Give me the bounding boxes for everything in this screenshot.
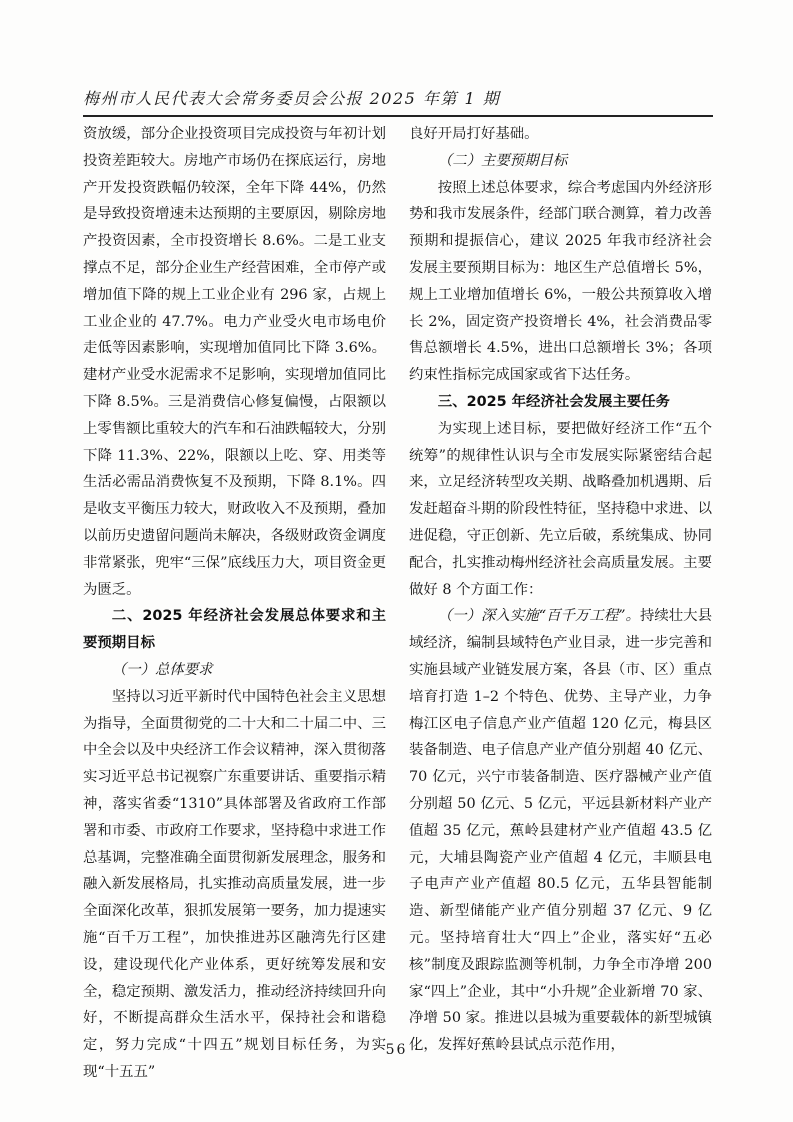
paragraph-task-1: （一）深入实施“百千万工程”。持续壮大县域经济，编制县域特色产业目录，进一步完善… bbox=[409, 603, 712, 1059]
paragraph-tasks-intro: 为实现上述目标，要把做好经济工作“五个统筹”的规律性认识与全市发展实际紧密结合起… bbox=[409, 416, 712, 604]
right-column: 良好开局打好基础。 （二）主要预期目标 按照上述总体要求，综合考虑国内外经济形势… bbox=[409, 121, 712, 1086]
section-heading-main-tasks: 三、2025 年经济社会发展主要任务 bbox=[409, 389, 712, 416]
page-footer: · 56 · bbox=[0, 1042, 793, 1058]
subsection-heading-overall-requirements: （一）总体要求 bbox=[83, 657, 386, 684]
left-column: 资放缓，部分企业投资项目完成投资与年初计划投资差距较大。房地产市场仍在探底运行，… bbox=[83, 121, 386, 1086]
document-page: 梅州市人民代表大会常务委员会公报 2025 年第 1 期 资放缓，部分企业投资项… bbox=[0, 0, 793, 1122]
section-heading-overall-requirements: 二、2025 年经济社会发展总体要求和主要预期目标 bbox=[83, 603, 386, 657]
subsection-heading-main-targets: （二）主要预期目标 bbox=[409, 148, 712, 175]
bulletin-title: 梅州市人民代表大会常务委员会公报 2025 年第 1 期 bbox=[83, 86, 713, 115]
paragraph-targets: 按照上述总体要求，综合考虑国内外经济形势和我市发展条件，经部门联合测算，着力改善… bbox=[409, 175, 712, 389]
paragraph-continuation: 良好开局打好基础。 bbox=[409, 121, 712, 148]
header-divider bbox=[83, 115, 713, 117]
task-1-body: 持续壮大县域经济，编制县域特色产业目录，进一步完善和实施县域产业链发展方案，各县… bbox=[409, 608, 712, 1053]
two-column-body: 资放缓，部分企业投资项目完成投资与年初计划投资差距较大。房地产市场仍在探底运行，… bbox=[83, 121, 713, 1086]
task-1-lead: （一）深入实施“百千万工程”。 bbox=[438, 608, 640, 624]
paragraph-overall-requirements: 坚持以习近平新时代中国特色社会主义思想为指导，全面贯彻党的二十大和二十届二中、三… bbox=[83, 684, 386, 1086]
page-header: 梅州市人民代表大会常务委员会公报 2025 年第 1 期 bbox=[83, 86, 713, 117]
paragraph-continuation: 资放缓，部分企业投资项目完成投资与年初计划投资差距较大。房地产市场仍在探底运行，… bbox=[83, 121, 386, 603]
page-number: · 56 · bbox=[373, 1042, 421, 1058]
